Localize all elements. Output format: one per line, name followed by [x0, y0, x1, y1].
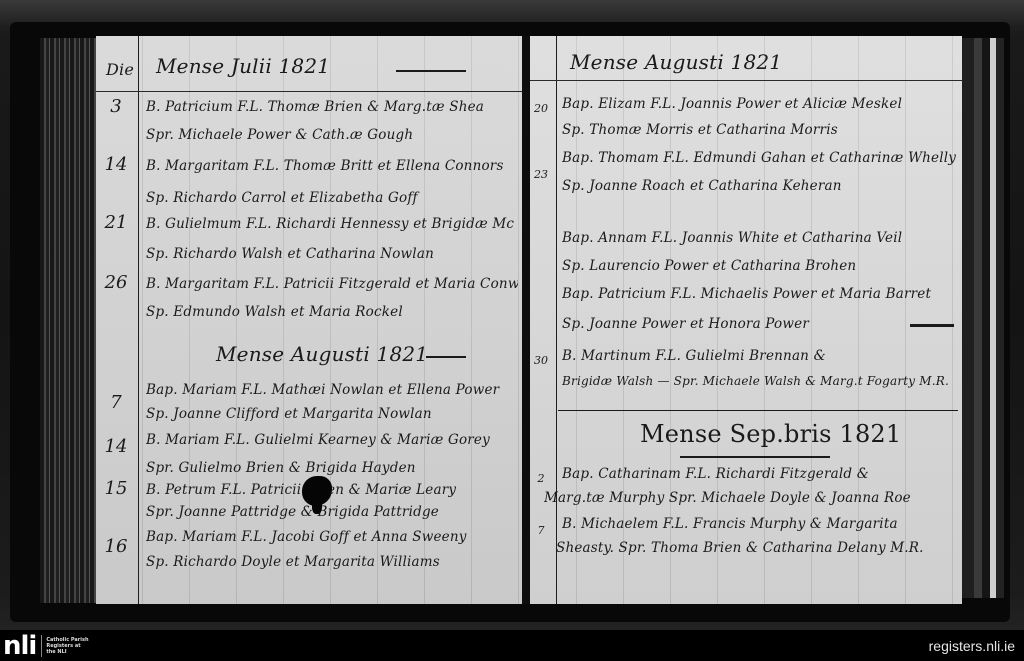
day-number: 16 — [98, 536, 134, 557]
heading-underline — [680, 456, 830, 458]
entry-line: B. Martinum F.L. Gulielmi Brennan & — [562, 348, 958, 364]
month-heading: Mense Julii 1821 — [156, 54, 330, 78]
day-number: 20 — [530, 102, 552, 115]
entry-line: Sp. Edmundo Walsh et Maria Rockel — [146, 304, 518, 320]
book-page-edges-right — [960, 38, 1004, 598]
entry-line: Sp. Richardo Walsh et Catharina Nowlan — [146, 246, 518, 262]
site-link[interactable]: registers.nli.ie — [929, 638, 1015, 654]
logo-caption-line: the NLI — [46, 649, 88, 655]
header-rule — [96, 91, 522, 92]
register-page-right: Mense Augusti 1821 20 Bap. Elizam F.L. J… — [530, 36, 962, 604]
entry-line: B. Margaritam F.L. Thomæ Britt et Ellena… — [146, 158, 518, 174]
day-number: 26 — [98, 272, 134, 293]
section-rule — [558, 410, 958, 411]
day-number: 30 — [530, 354, 552, 367]
end-flourish — [910, 324, 954, 327]
entry-line: Bap. Thomam F.L. Edmundi Gahan et Cathar… — [562, 150, 958, 166]
image-viewer[interactable]: Die Mense Julii 1821 3 B. Patricium F.L.… — [0, 0, 1024, 630]
day-number: 7 — [530, 524, 552, 537]
day-number: 3 — [98, 96, 134, 117]
viewer-footer: nli Catholic Parish Registers at the NLI… — [0, 630, 1024, 661]
header-rule — [530, 80, 962, 81]
entry-line: B. Mariam F.L. Gulielmi Kearney & Mariæ … — [146, 432, 518, 448]
entry-line: Brigidæ Walsh — Spr. Michaele Walsh & Ma… — [562, 374, 958, 388]
entry-line: Marg.tæ Murphy Spr. Michaele Doyle & Joa… — [544, 490, 958, 506]
entry-line: Bap. Mariam F.L. Mathæi Nowlan et Ellena… — [146, 382, 518, 398]
day-number: 15 — [98, 478, 134, 499]
day-number: 7 — [98, 392, 134, 413]
logo-caption: Catholic Parish Registers at the NLI — [46, 637, 88, 655]
entry-line: Sp. Joanne Power et Honora Power — [562, 316, 958, 332]
entry-line: Sp. Joanne Clifford et Margarita Nowlan — [146, 406, 518, 422]
entry-line: Bap. Mariam F.L. Jacobi Goff et Anna Swe… — [146, 529, 518, 545]
book-page-edges-left — [40, 38, 98, 603]
entry-line: Spr. Michaele Power & Cath.æ Gough — [146, 127, 518, 143]
entry-line: Bap. Annam F.L. Joannis White et Cathari… — [562, 230, 958, 246]
heading-flourish — [426, 356, 466, 358]
entry-line: B. Michaelem F.L. Francis Murphy & Marga… — [562, 516, 958, 532]
entry-line: Sp. Thomæ Morris et Catharina Morris — [562, 122, 958, 138]
entry-line: Sp. Richardo Doyle et Margarita Williams — [146, 554, 518, 570]
month-subheading: Mense Augusti 1821 — [216, 342, 428, 366]
nli-logo-mark: nli — [3, 633, 36, 659]
entry-line: Spr. Gulielmo Brien & Brigida Hayden — [146, 460, 518, 476]
heading-flourish — [396, 70, 466, 72]
month-subheading: Mense Sep.bris 1821 — [640, 420, 901, 448]
entry-line: B. Patricium F.L. Thomæ Brien & Marg.tæ … — [146, 99, 518, 115]
day-number: 21 — [98, 212, 134, 233]
entry-line: Spr. Joanne Pattridge & Brigida Pattridg… — [146, 504, 518, 520]
day-number: 2 — [530, 472, 552, 485]
register-page-left: Die Mense Julii 1821 3 B. Patricium F.L.… — [96, 36, 524, 604]
entry-line: Sp. Laurencio Power et Catharina Brohen — [562, 258, 958, 274]
logo-divider — [41, 635, 42, 657]
day-number: 14 — [98, 436, 134, 457]
entry-line: Sp. Joanne Roach et Catharina Keheran — [562, 178, 958, 194]
entry-line: Bap. Catharinam F.L. Richardi Fitzgerald… — [562, 466, 958, 482]
entry-line: B. Margaritam F.L. Patricii Fitzgerald e… — [146, 276, 518, 292]
day-number: 14 — [98, 154, 134, 175]
entry-line: Sp. Richardo Carrol et Elizabetha Goff — [146, 190, 518, 206]
die-label: Die — [106, 60, 134, 79]
month-heading: Mense Augusti 1821 — [570, 50, 782, 74]
entry-line: Sheasty. Spr. Thoma Brien & Catharina De… — [556, 540, 958, 556]
entry-line: Bap. Elizam F.L. Joannis Power et Aliciæ… — [562, 96, 958, 112]
day-number: 23 — [530, 168, 552, 181]
margin-rule — [138, 36, 139, 604]
entry-line: B. Petrum F.L. Patricii Brien & Mariæ Le… — [146, 482, 518, 498]
margin-rule — [556, 36, 557, 604]
entry-line: Bap. Patricium F.L. Michaelis Power et M… — [562, 286, 958, 302]
entry-line: B. Gulielmum F.L. Richardi Hennessy et B… — [146, 216, 518, 232]
nli-logo[interactable]: nli Catholic Parish Registers at the NLI — [3, 633, 89, 659]
